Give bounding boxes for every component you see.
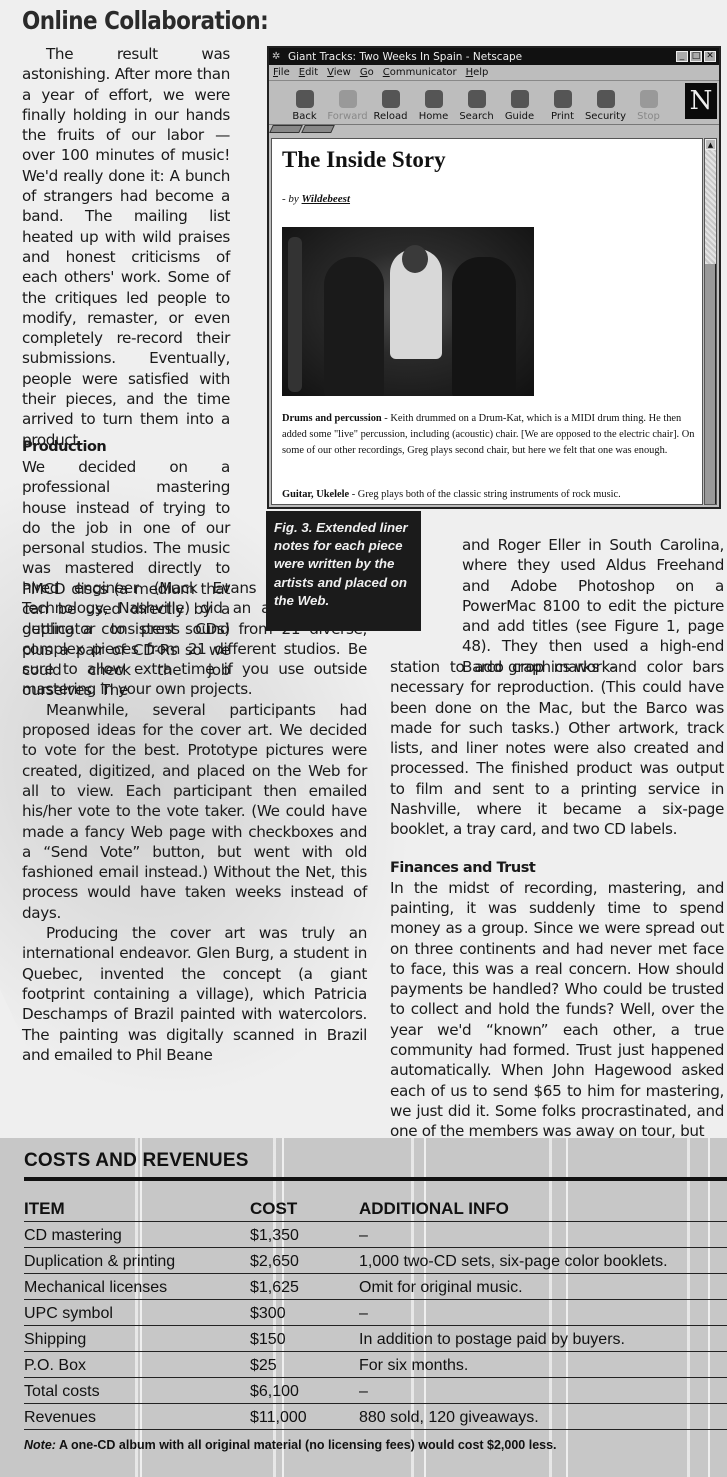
reload-icon (382, 90, 400, 108)
forward-label: Forward (327, 111, 367, 122)
right-column-continuation-a: and Roger Eller in South Carolina, where… (462, 535, 724, 677)
forward-button[interactable]: Forward (326, 90, 369, 124)
search-button[interactable]: Search (455, 90, 498, 124)
title-rule (24, 1177, 727, 1181)
table-row: Revenues$11,000880 sold, 120 giveaways. (24, 1404, 727, 1430)
article-headline: Online Collaboration: (22, 6, 268, 35)
cell-item: P.O. Box (24, 1357, 250, 1375)
header-cost: COST (250, 1199, 359, 1219)
table-row: Shipping$150In addition to postage paid … (24, 1326, 727, 1352)
reload-label: Reload (373, 111, 407, 122)
costs-table: ITEM COST ADDITIONAL INFO CD mastering$1… (24, 1192, 727, 1430)
intro-column: The result was astonishing. After more t… (22, 44, 230, 450)
cell-cost: $1,350 (250, 1227, 359, 1245)
cell-cost: $1,625 (250, 1279, 359, 1297)
web-page-heading: The Inside Story (282, 147, 446, 173)
right-column-continuation-b: station to add crop marks and color bars… (390, 657, 724, 1142)
finances-heading: Finances and Trust (390, 858, 724, 878)
guide-label: Guide (505, 111, 534, 122)
note-label: Note: (24, 1438, 56, 1452)
guide-button[interactable]: Guide (498, 90, 541, 124)
note-text: A one-CD album with all original materia… (56, 1438, 557, 1452)
cell-info: For six months. (359, 1357, 727, 1375)
toolbar-tab-1[interactable] (269, 125, 303, 133)
menu-view[interactable]: View (327, 67, 351, 78)
guitar-text: - Greg plays both of the classic string … (349, 489, 621, 500)
continuation-paragraph-b: station to add crop marks and color bars… (390, 657, 724, 840)
intro-paragraph: The result was astonishing. After more t… (22, 44, 230, 450)
minimize-button[interactable]: _ (676, 51, 688, 62)
table-row: CD mastering$1,350– (24, 1222, 727, 1248)
search-icon (468, 90, 486, 108)
guitar-paragraph: Guitar, Ukelele - Greg plays both of the… (282, 487, 702, 503)
cell-info: – (359, 1305, 727, 1323)
cell-cost: $2,650 (250, 1253, 359, 1271)
netscape-app-icon: ✲ (272, 51, 284, 63)
print-label: Print (551, 111, 574, 122)
header-additional-info: ADDITIONAL INFO (359, 1199, 727, 1219)
web-page-content: The Inside Story - by Wildebeest Drums a… (271, 138, 703, 505)
table-title: COSTS AND REVENUES (24, 1150, 249, 1172)
header-item: ITEM (24, 1199, 250, 1219)
print-button[interactable]: Print (541, 90, 584, 124)
cell-item: UPC symbol (24, 1305, 250, 1323)
reload-button[interactable]: Reload (369, 90, 412, 124)
production-column-wide: hired engineer (Mack Evans of Magnetic T… (22, 578, 367, 1065)
menu-edit[interactable]: Edit (299, 67, 318, 78)
drums-paragraph: Drums and percussion - Keith drummed on … (282, 411, 702, 459)
table-row: P.O. Box$25For six months. (24, 1352, 727, 1378)
cell-cost: $25 (250, 1357, 359, 1375)
production-paragraph-3: Producing the cover art was truly an int… (22, 923, 367, 1065)
cell-item: CD mastering (24, 1227, 250, 1245)
home-button[interactable]: Home (412, 90, 455, 124)
cell-item: Duplication & printing (24, 1253, 250, 1271)
guide-icon (511, 90, 529, 108)
continuation-paragraph-a: and Roger Eller in South Carolina, where… (462, 535, 724, 677)
security-icon (597, 90, 615, 108)
back-label: Back (292, 111, 316, 122)
author-link[interactable]: Wildebeest (302, 193, 350, 205)
cell-info: – (359, 1383, 727, 1401)
stop-label: Stop (637, 111, 660, 122)
cell-info: In addition to postage paid by buyers. (359, 1331, 727, 1349)
stop-icon (640, 90, 658, 108)
table-row: Total costs$6,100– (24, 1378, 727, 1404)
guitar-shape (288, 237, 302, 392)
cell-info: 1,000 two-CD sets, six-page color bookle… (359, 1253, 727, 1271)
netscape-window: ✲ Giant Tracks: Two Weeks In Spain - Net… (267, 46, 721, 509)
vertical-scrollbar[interactable]: ▲ (704, 138, 717, 505)
print-icon (554, 90, 572, 108)
cell-cost: $6,100 (250, 1383, 359, 1401)
back-icon (296, 90, 314, 108)
person-right-shape (452, 257, 516, 396)
production-heading: Production (22, 437, 230, 457)
netscape-logo-icon: N (685, 83, 717, 119)
drums-label: Drums and percussion (282, 413, 382, 424)
forward-icon (339, 90, 357, 108)
security-button[interactable]: Security (584, 90, 627, 124)
byline-prefix: - by (282, 193, 302, 205)
costs-and-revenues-box: COSTS AND REVENUES ITEM COST ADDITIONAL … (0, 1138, 727, 1477)
toolbar-tabs (269, 125, 719, 134)
scrollbar-thumb[interactable] (705, 264, 716, 504)
maximize-button[interactable]: □ (690, 51, 702, 62)
cell-item: Shipping (24, 1331, 250, 1349)
close-button[interactable]: ✕ (704, 51, 716, 62)
security-label: Security (585, 111, 626, 122)
menu-go[interactable]: Go (360, 67, 374, 78)
figure-caption: Fig. 3. Extended liner notes for each pi… (266, 511, 421, 631)
cell-info: – (359, 1227, 727, 1245)
window-title: Giant Tracks: Two Weeks In Spain - Netsc… (288, 51, 674, 63)
production-paragraph-2: Meanwhile, several participants had prop… (22, 700, 367, 923)
table-row: Duplication & printing$2,6501,000 two-CD… (24, 1248, 727, 1274)
cell-item: Total costs (24, 1383, 250, 1401)
cell-info: 880 sold, 120 giveaways. (359, 1409, 727, 1427)
finances-paragraph: In the midst of recording, mastering, an… (390, 878, 724, 1142)
navigation-toolbar: Back Forward Reload Home Search Guide Pr… (269, 81, 719, 125)
menu-communicator[interactable]: Communicator (383, 67, 457, 78)
cell-info: Omit for original music. (359, 1279, 727, 1297)
byline: - by Wildebeest (282, 193, 350, 205)
table-header-row: ITEM COST ADDITIONAL INFO (24, 1192, 727, 1222)
cell-item: Mechanical licenses (24, 1279, 250, 1297)
cell-cost: $300 (250, 1305, 359, 1323)
home-label: Home (419, 111, 449, 122)
home-icon (425, 90, 443, 108)
cell-cost: $11,000 (250, 1409, 359, 1427)
menu-help[interactable]: Help (466, 67, 489, 78)
scroll-up-arrow-icon[interactable]: ▲ (705, 139, 716, 150)
person-middle-head-shape (402, 245, 428, 273)
table-row: Mechanical licenses$1,625Omit for origin… (24, 1274, 727, 1300)
table-note: Note: A one-CD album with all original m… (24, 1438, 557, 1452)
search-label: Search (459, 111, 493, 122)
cell-cost: $150 (250, 1331, 359, 1349)
person-left-shape (324, 257, 384, 396)
guitar-label: Guitar, Ukelele (282, 489, 349, 500)
menu-bar: File Edit View Go Communicator Help (269, 65, 719, 81)
stop-button[interactable]: Stop (627, 90, 670, 124)
cell-item: Revenues (24, 1409, 250, 1427)
title-bar: ✲ Giant Tracks: Two Weeks In Spain - Net… (269, 48, 719, 65)
toolbar-tab-2[interactable] (301, 125, 335, 133)
band-photo (282, 227, 534, 396)
menu-file[interactable]: File (273, 67, 290, 78)
back-button[interactable]: Back (283, 90, 326, 124)
table-row: UPC symbol$300– (24, 1300, 727, 1326)
